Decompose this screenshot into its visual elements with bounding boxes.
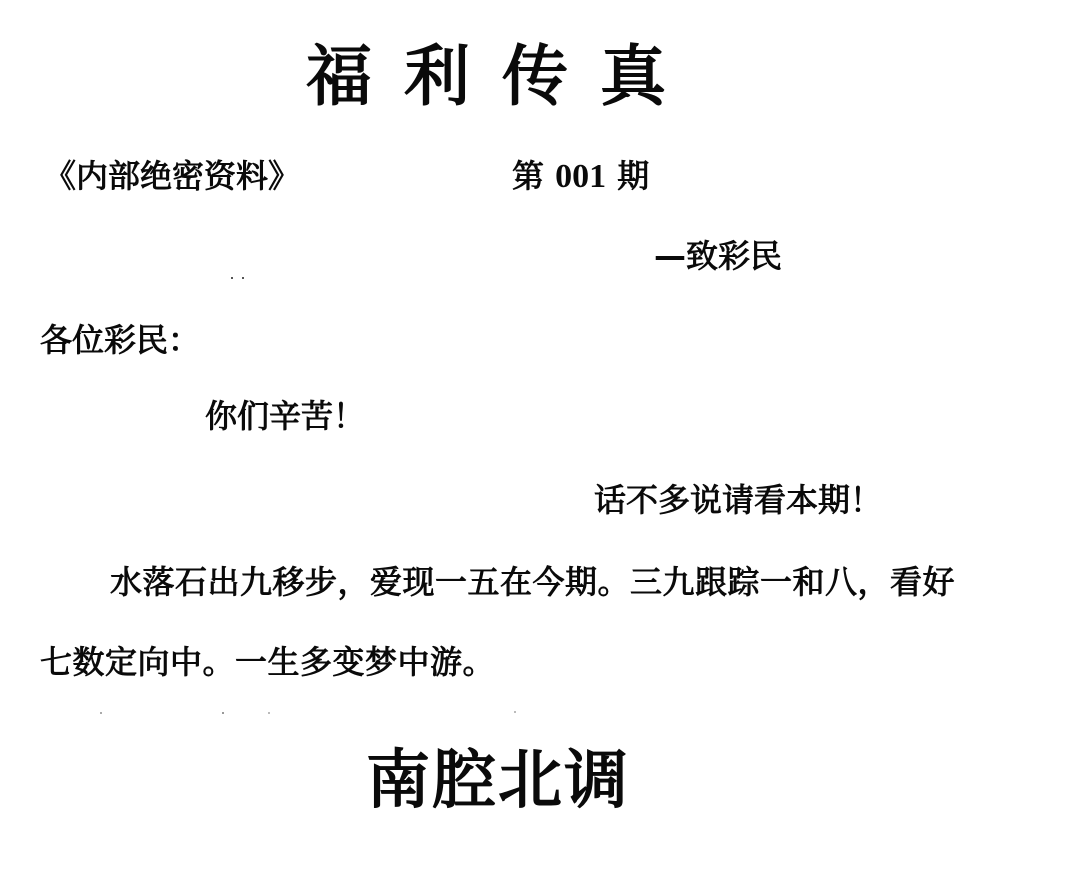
- poem-line-2: 七数定向中。一生多变梦中游。: [40, 640, 495, 684]
- scan-speck: [100, 712, 102, 714]
- issue-suffix: 期: [617, 157, 649, 195]
- scan-speck: [222, 712, 224, 714]
- intro-line: 话不多说请看本期！: [594, 478, 882, 522]
- scan-speck: [231, 277, 233, 279]
- issue-number: 第 001 期: [512, 154, 649, 199]
- confidential-label: 《内部绝密资料》: [44, 154, 300, 198]
- poem-line-1: 水落石出九移步，爱现一五在今期。三九跟踪一和八，看好: [110, 560, 955, 604]
- section-title: 南腔北调: [366, 742, 630, 820]
- document-title: 福利传真: [306, 36, 698, 116]
- dedication: —致彩民: [654, 234, 782, 278]
- greeting: 各位彩民：: [40, 318, 200, 362]
- scan-speck: [242, 277, 244, 279]
- scan-speck: [268, 712, 270, 714]
- issue-prefix: 第: [512, 157, 544, 195]
- issue-value: 001: [555, 158, 606, 195]
- scan-speck: [514, 711, 516, 713]
- salutation-line: 你们辛苦！: [205, 394, 365, 438]
